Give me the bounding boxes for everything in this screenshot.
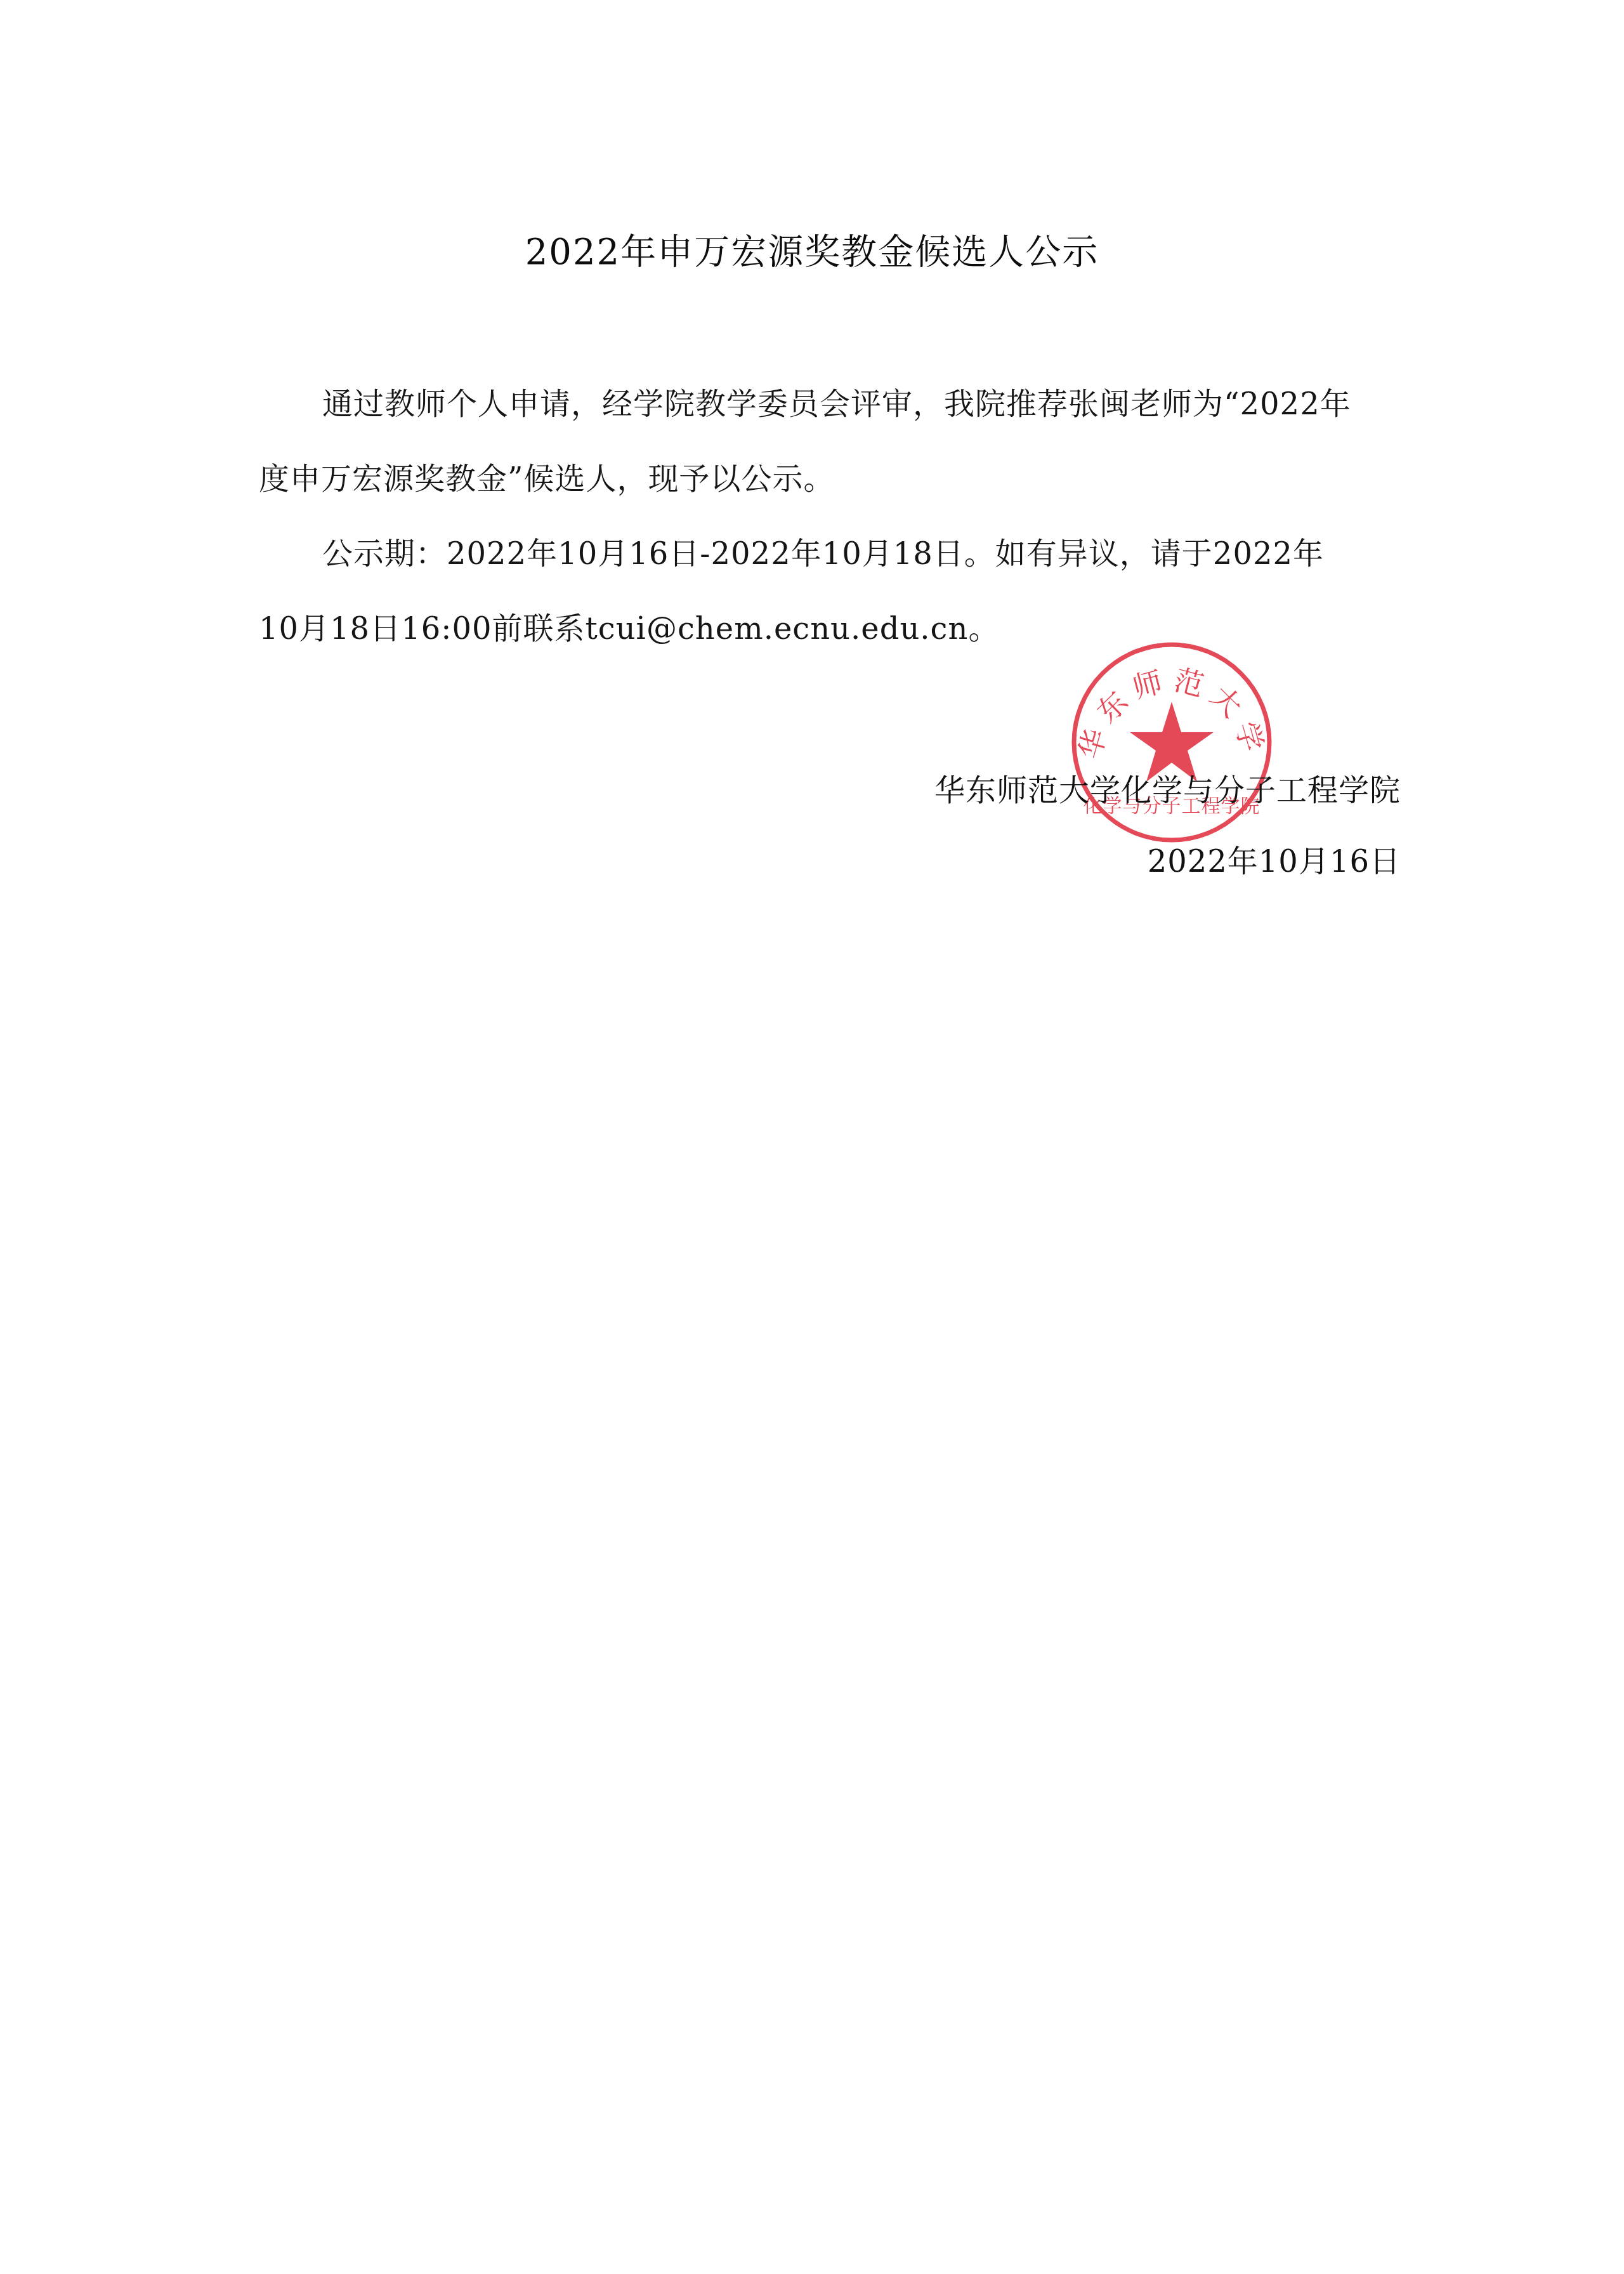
- paragraph-line: 度申万宏源奖教金”候选人，现予以公示。: [259, 442, 1401, 516]
- signature-organization: 华东师范大学化学与分子工程学院: [934, 755, 1401, 826]
- paragraph-nomination: 通过教师个人申请，经学院教学委员会评审，我院推荐张闽老师为“2022年 度申万宏…: [259, 367, 1401, 516]
- signature-block: 华东师范大学化学与分子工程学院 2022年10月16日: [934, 755, 1401, 897]
- document-page: 2022年申万宏源奖教金候选人公示 通过教师个人申请，经学院教学委员会评审，我院…: [0, 0, 1624, 2274]
- paragraph-line: 公示期：2022年10月16日-2022年10月18日。如有异议，请于2022年: [259, 516, 1401, 591]
- document-title: 2022年申万宏源奖教金候选人公示: [0, 227, 1624, 278]
- paragraph-line: 通过教师个人申请，经学院教学委员会评审，我院推荐张闽老师为“2022年: [259, 367, 1401, 442]
- signature-date: 2022年10月16日: [934, 826, 1401, 897]
